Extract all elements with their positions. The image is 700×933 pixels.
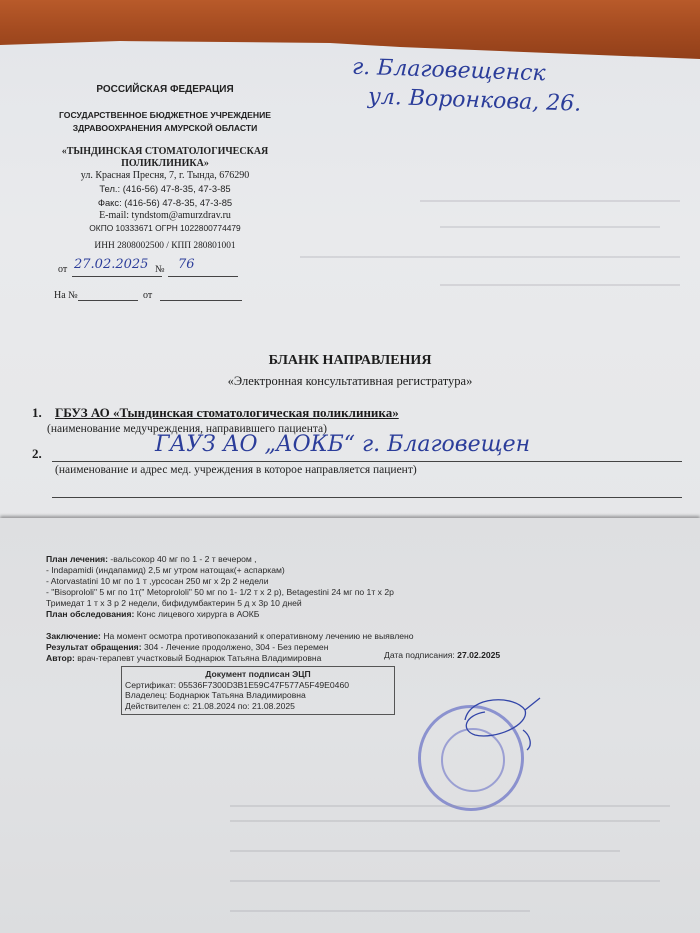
handwritten-signature-icon xyxy=(455,690,545,760)
show-through-text xyxy=(440,226,660,228)
referring-clinic-name: ГБУЗ АО «Тындинская стоматологическая по… xyxy=(55,405,399,421)
item2-address-underline xyxy=(52,497,682,498)
from-date-handwritten: 27.02.2025 xyxy=(74,257,148,272)
number-underline xyxy=(168,276,238,277)
visit-result: Результат обращения: 304 - Лечение продо… xyxy=(46,642,328,653)
reply-number-label: На № xyxy=(54,290,78,301)
signing-date: Дата подписания: 27.02.2025 xyxy=(384,650,500,661)
item2-underline xyxy=(52,461,682,462)
examination-plan: План обследования: Конс лицевого хирурга… xyxy=(46,609,259,620)
number-label: № xyxy=(155,264,165,275)
letterhead-address: ул. Красная Пресня, 7, г. Тында, 676290 xyxy=(40,170,290,181)
show-through-text xyxy=(300,256,680,258)
show-through-text xyxy=(230,850,620,852)
letterhead-okpo-ogrn: ОКПО 10333671 ОГРН 1022800774479 xyxy=(40,223,290,233)
form-title: БЛАНК НАПРАВЛЕНИЯ xyxy=(0,353,700,369)
from-label: от xyxy=(58,264,67,275)
treatment-plan-line: - "Bisoprololi" 5 мг по 1т(" Metoprololi… xyxy=(46,587,394,598)
show-through-text xyxy=(440,284,680,286)
signature-validity: Действителен с: 21.08.2024 по: 21.08.202… xyxy=(122,701,394,712)
letterhead-phone: Тел.: (416-56) 47-8-35, 47-3-85 xyxy=(40,183,290,194)
show-through-text xyxy=(230,805,670,807)
reply-from-label: от xyxy=(143,290,152,301)
treatment-plan-line: - Atorvastatini 10 мг по 1 т ,урсосан 25… xyxy=(46,576,269,587)
item2-caption: (наименование и адрес мед. учреждения в … xyxy=(55,464,417,476)
form-subtitle: «Электронная консультативная регистратур… xyxy=(0,374,700,389)
signature-certificate: Сертификат: 05536F7300D3B1E59C47F577A5F4… xyxy=(122,680,394,691)
letterhead-org-line1: ГОСУДАРСТВЕННОЕ БЮДЖЕТНОЕ УЧРЕЖДЕНИЕ xyxy=(40,110,290,120)
letterhead-country: РОССИЙСКАЯ ФЕДЕРАЦИЯ xyxy=(40,84,290,95)
number-handwritten: 76 xyxy=(178,257,195,272)
letterhead-email: E-mail: tyndstom@amurzdrav.ru xyxy=(40,210,290,221)
show-through-text xyxy=(230,910,530,912)
conclusion: Заключение: На момент осмотра противопок… xyxy=(46,631,414,642)
treatment-plan-line: - Indapamidi (индапамид) 2,5 мг утром на… xyxy=(46,565,285,576)
reply-number-underline xyxy=(78,300,138,301)
show-through-text xyxy=(230,820,660,822)
destination-clinic-handwritten: ГАУЗ АО „АОКБ“ г. Благовещен xyxy=(155,432,530,457)
item2-number: 2. xyxy=(32,446,42,462)
reply-from-underline xyxy=(160,300,242,301)
letterhead-clinic-line1: «ТЫНДИНСКАЯ СТОМАТОЛОГИЧЕСКАЯ xyxy=(40,146,290,157)
letterhead-inn-kpp: ИНН 2808002500 / КПП 280801001 xyxy=(40,241,290,251)
author: Автор: врач-терапевт участковый Боднарюк… xyxy=(46,653,321,664)
show-through-text xyxy=(230,880,660,882)
letterhead-fax: Факс: (416-56) 47-8-35, 47-3-85 xyxy=(40,197,290,208)
letterhead-clinic-line2: ПОЛИКЛИНИКА» xyxy=(40,158,290,169)
signature-box-title: Документ подписан ЭЦП xyxy=(122,669,394,680)
letterhead-org-line2: ЗДРАВООХРАНЕНИЯ АМУРСКОЙ ОБЛАСТИ xyxy=(40,123,290,133)
digital-signature-box: Документ подписан ЭЦП Сертификат: 05536F… xyxy=(121,666,395,715)
signature-owner: Владелец: Боднарюк Татьяна Владимировна xyxy=(122,690,394,701)
from-date-underline xyxy=(72,276,162,277)
treatment-plan: План лечения: -вальсокор 40 мг по 1 - 2 … xyxy=(46,554,257,565)
treatment-plan-line: Тримедат 1 т х 3 р 2 недели, бифидумбакт… xyxy=(46,598,302,609)
show-through-text xyxy=(420,200,680,202)
item1-number: 1. xyxy=(32,405,42,421)
